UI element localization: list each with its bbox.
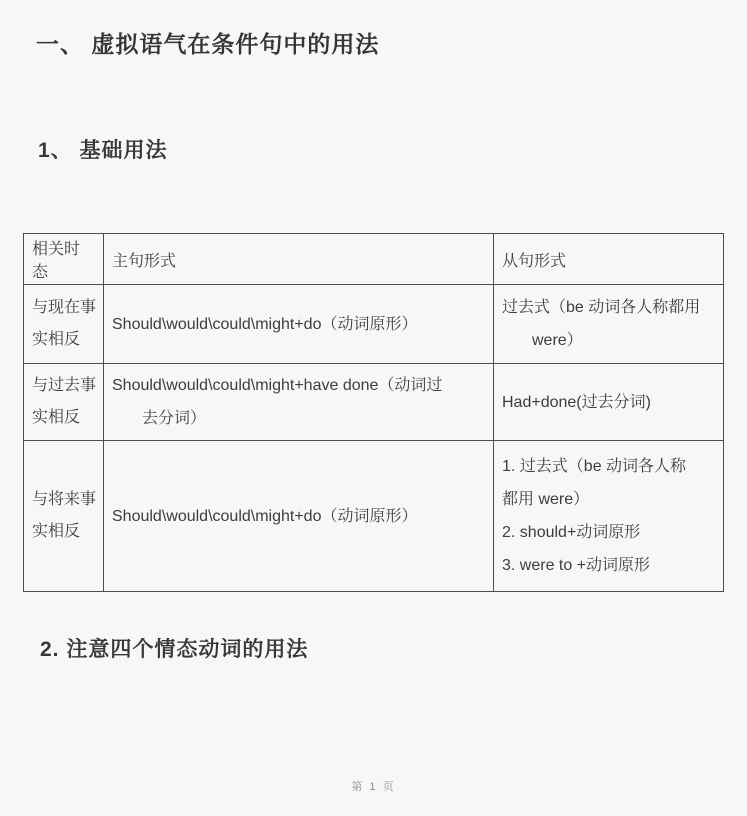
subsection-heading-modal-verbs: 2. 注意四个情态动词的用法 xyxy=(40,633,308,663)
cell-sub-clause-present: 过去式（be 动词各人称都用 were） xyxy=(494,285,724,364)
header-tense: 相关时态 xyxy=(24,234,104,285)
cell-sub-clause-future: 1. 过去式（be 动词各人称 都用 were） 2. should+动词原形 … xyxy=(494,441,724,592)
cell-tense-past: 与过去事 实相反 xyxy=(24,364,104,441)
header-sub-clause: 从句形式 xyxy=(494,234,724,285)
cell-main-clause-future: Should\would\could\might+do（动词原形） xyxy=(104,441,494,592)
header-main-clause: 主句形式 xyxy=(104,234,494,285)
cell-main-clause-present: Should\would\could\might+do（动词原形） xyxy=(104,285,494,364)
subjunctive-grammar-table: 相关时态 主句形式 从句形式 与现在事 实相反 Should\would\cou… xyxy=(23,233,724,592)
table-row: 与过去事 实相反 Should\would\could\might+have d… xyxy=(24,364,724,441)
table-header-row: 相关时态 主句形式 从句形式 xyxy=(24,234,724,285)
cell-main-clause-past: Should\would\could\might+have done（动词过 去… xyxy=(104,364,494,441)
cell-sub-clause-past: Had+done(过去分词) xyxy=(494,364,724,441)
cell-tense-future: 与将来事 实相反 xyxy=(24,441,104,592)
section-heading: 一、 虚拟语气在条件句中的用法 xyxy=(36,26,379,59)
table-row: 与现在事 实相反 Should\would\could\might+do（动词原… xyxy=(24,285,724,364)
cell-tense-present: 与现在事 实相反 xyxy=(24,285,104,364)
subsection-heading-basic-usage: 1、 基础用法 xyxy=(38,134,168,164)
table-row: 与将来事 实相反 Should\would\could\might+do（动词原… xyxy=(24,441,724,592)
document-page: 一、 虚拟语气在条件句中的用法 1、 基础用法 相关时态 主句形式 从句形式 与… xyxy=(0,0,747,816)
page-number: 第 1 页 xyxy=(0,778,747,794)
